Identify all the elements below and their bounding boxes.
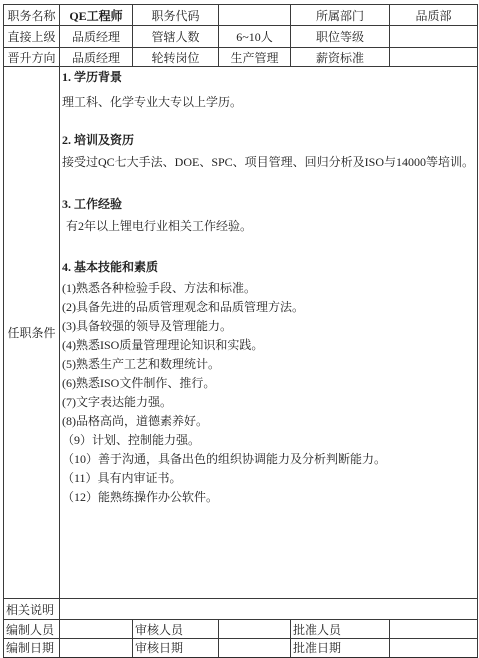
direct-superior-value: 品质经理 bbox=[60, 26, 133, 48]
review-date-label: 审核日期 bbox=[133, 639, 219, 658]
reviewer-label: 审核人员 bbox=[133, 620, 219, 639]
document-page: 职务名称 QE工程师 职务代码 所属部门 品质部 直接上级 品质经理 管辖人数 … bbox=[0, 0, 479, 658]
table-row: 直接上级 品质经理 管辖人数 6~10人 职位等级 bbox=[4, 26, 478, 48]
skills-item: (5)熟悉生产工艺和数理统计。 bbox=[62, 355, 475, 374]
rotation-position-value: 生产管理 bbox=[219, 48, 291, 67]
department-value: 品质部 bbox=[390, 5, 478, 26]
salary-standard-value bbox=[390, 48, 478, 67]
skills-item: （12）能熟练操作办公软件。 bbox=[62, 488, 475, 507]
skills-item: (2)具备先进的品质管理观念和品质管理方法。 bbox=[62, 298, 475, 317]
subordinates-count-label: 管辖人数 bbox=[133, 26, 219, 48]
salary-standard-label: 薪资标准 bbox=[291, 48, 390, 67]
table-row: 编制日期 审核日期 批准日期 bbox=[4, 639, 478, 658]
section-title-training: 2. 培训及资历 bbox=[62, 130, 475, 150]
section-line: 理工科、化学专业大专以上学历。 bbox=[62, 92, 475, 112]
reviewer-value bbox=[219, 620, 291, 639]
approval-date-label: 批准日期 bbox=[291, 639, 390, 658]
approver-label: 批准人员 bbox=[291, 620, 390, 639]
table-row: 晋升方向 品质经理 轮转岗位 生产管理 薪资标准 bbox=[4, 48, 478, 67]
preparation-date-value bbox=[60, 639, 133, 658]
position-grade-value bbox=[390, 26, 478, 48]
skills-item: (3)具备较强的领导及管理能力。 bbox=[62, 317, 475, 336]
promotion-direction-value: 品质经理 bbox=[60, 48, 133, 67]
promotion-direction-label: 晋升方向 bbox=[4, 48, 60, 67]
section-line: 接受过QC七大手法、DOE、SPC、项目管理、回归分析及ISO与14000等培训… bbox=[62, 152, 475, 172]
subordinates-count-value: 6~10人 bbox=[219, 26, 291, 48]
qualification-row: 任职条件 1. 学历背景 理工科、化学专业大专以上学历。 2. 培训及资历 接受… bbox=[4, 67, 478, 599]
skills-item: (8)品格高尚，道德素养好。 bbox=[62, 412, 475, 431]
direct-superior-label: 直接上级 bbox=[4, 26, 60, 48]
skills-item: (6)熟悉ISO文件制作、推行。 bbox=[62, 374, 475, 393]
skills-item: （11）具有内审证书。 bbox=[62, 469, 475, 488]
qualification-content: 1. 学历背景 理工科、化学专业大专以上学历。 2. 培训及资历 接受过QC七大… bbox=[60, 67, 478, 599]
approval-date-value bbox=[390, 639, 478, 658]
preparation-date-label: 编制日期 bbox=[4, 639, 60, 658]
position-grade-label: 职位等级 bbox=[291, 26, 390, 48]
table-row: 编制人员 审核人员 批准人员 bbox=[4, 620, 478, 639]
related-notes-value bbox=[60, 599, 478, 620]
skills-item: （10）善于沟通，具备出色的组织协调能力及分析判断能力。 bbox=[62, 450, 475, 469]
job-title-label: 职务名称 bbox=[4, 5, 60, 26]
job-code-value bbox=[219, 5, 291, 26]
section-title-experience: 3. 工作经验 bbox=[62, 194, 475, 214]
preparer-value bbox=[60, 620, 133, 639]
skills-item: (4)熟悉ISO质量管理理论知识和实践。 bbox=[62, 336, 475, 355]
review-date-value bbox=[219, 639, 291, 658]
job-description-table: 职务名称 QE工程师 职务代码 所属部门 品质部 直接上级 品质经理 管辖人数 … bbox=[3, 4, 478, 658]
section-line: 有2年以上锂电行业相关工作经验。 bbox=[62, 216, 475, 236]
approver-value bbox=[390, 620, 478, 639]
job-code-label: 职务代码 bbox=[133, 5, 219, 26]
section-title-skills: 4. 基本技能和素质 bbox=[62, 257, 475, 277]
table-row: 职务名称 QE工程师 职务代码 所属部门 品质部 bbox=[4, 5, 478, 26]
skills-item: （9）计划、控制能力强。 bbox=[62, 431, 475, 450]
section-title-education: 1. 学历背景 bbox=[62, 67, 475, 87]
qualification-label: 任职条件 bbox=[4, 67, 60, 599]
skills-list: (1)熟悉各种检验手段、方法和标准。 (2)具备先进的品质管理观念和品质管理方法… bbox=[62, 279, 475, 507]
rotation-position-label: 轮转岗位 bbox=[133, 48, 219, 67]
department-label: 所属部门 bbox=[291, 5, 390, 26]
job-title-value: QE工程师 bbox=[60, 5, 133, 26]
related-notes-label: 相关说明 bbox=[4, 599, 60, 620]
skills-item: (7)文字表达能力强。 bbox=[62, 393, 475, 412]
preparer-label: 编制人员 bbox=[4, 620, 60, 639]
skills-item: (1)熟悉各种检验手段、方法和标准。 bbox=[62, 279, 475, 298]
related-notes-row: 相关说明 bbox=[4, 599, 478, 620]
